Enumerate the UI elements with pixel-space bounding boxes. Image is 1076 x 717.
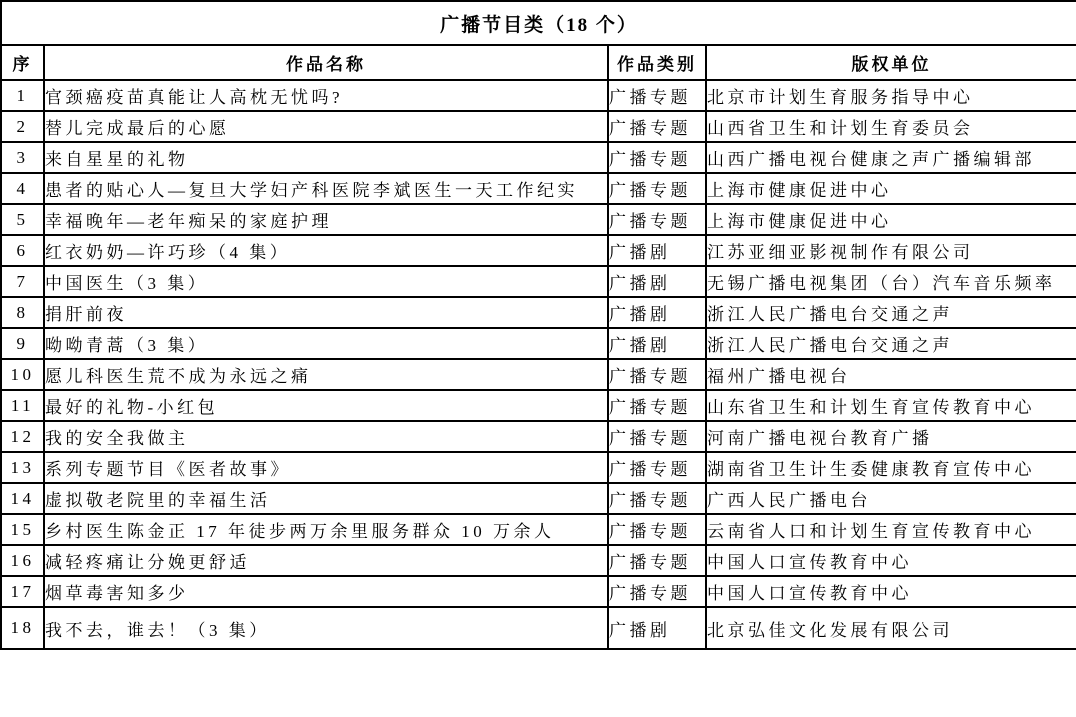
row-index: 10	[1, 359, 44, 390]
table-row: 11 最好的礼物-小红包 广播专题 山东省卫生和计划生育宣传教育中心	[1, 390, 1076, 421]
copyright-unit: 山东省卫生和计划生育宣传教育中心	[706, 390, 1076, 421]
copyright-unit: 中国人口宣传教育中心	[706, 545, 1076, 576]
table-row: 5 幸福晚年—老年痴呆的家庭护理 广播专题 上海市健康促进中心	[1, 204, 1076, 235]
table-title: 广播节目类（18 个）	[1, 1, 1076, 45]
copyright-unit: 湖南省卫生计生委健康教育宣传中心	[706, 452, 1076, 483]
table-row: 9 呦呦青蒿（3 集） 广播剧 浙江人民广播电台交通之声	[1, 328, 1076, 359]
work-name: 幸福晚年—老年痴呆的家庭护理	[44, 204, 608, 235]
table-body: 1 官颈癌疫苗真能让人高枕无忧吗? 广播专题 北京市计划生育服务指导中心 2 替…	[1, 80, 1076, 649]
work-name: 烟草毒害知多少	[44, 576, 608, 607]
table-title-row: 广播节目类（18 个）	[1, 1, 1076, 45]
work-category: 广播专题	[608, 142, 706, 173]
copyright-unit: 浙江人民广播电台交通之声	[706, 297, 1076, 328]
row-index: 11	[1, 390, 44, 421]
work-name: 红衣奶奶—许巧珍（4 集）	[44, 235, 608, 266]
table-row: 2 替儿完成最后的心愿 广播专题 山西省卫生和计划生育委员会	[1, 111, 1076, 142]
work-category: 广播剧	[608, 297, 706, 328]
copyright-unit: 云南省人口和计划生育宣传教育中心	[706, 514, 1076, 545]
work-name: 捐肝前夜	[44, 297, 608, 328]
copyright-unit: 上海市健康促进中心	[706, 173, 1076, 204]
row-index: 13	[1, 452, 44, 483]
row-index: 7	[1, 266, 44, 297]
row-index: 12	[1, 421, 44, 452]
table-row: 17 烟草毒害知多少 广播专题 中国人口宣传教育中心	[1, 576, 1076, 607]
column-header-unit: 版权单位	[706, 45, 1076, 80]
work-name: 虚拟敬老院里的幸福生活	[44, 483, 608, 514]
copyright-unit: 浙江人民广播电台交通之声	[706, 328, 1076, 359]
work-name: 官颈癌疫苗真能让人高枕无忧吗?	[44, 80, 608, 111]
column-header-name: 作品名称	[44, 45, 608, 80]
row-index: 3	[1, 142, 44, 173]
radio-program-table: 广播节目类（18 个） 序 作品名称 作品类别 版权单位 1 官颈癌疫苗真能让人…	[0, 0, 1076, 650]
row-index: 16	[1, 545, 44, 576]
work-category: 广播专题	[608, 80, 706, 111]
work-category: 广播专题	[608, 421, 706, 452]
work-name: 替儿完成最后的心愿	[44, 111, 608, 142]
copyright-unit: 中国人口宣传教育中心	[706, 576, 1076, 607]
table-row: 1 官颈癌疫苗真能让人高枕无忧吗? 广播专题 北京市计划生育服务指导中心	[1, 80, 1076, 111]
table-row: 14 虚拟敬老院里的幸福生活 广播专题 广西人民广播电台	[1, 483, 1076, 514]
work-name: 愿儿科医生荒不成为永远之痛	[44, 359, 608, 390]
row-index: 14	[1, 483, 44, 514]
row-index: 15	[1, 514, 44, 545]
table-row: 12 我的安全我做主 广播专题 河南广播电视台教育广播	[1, 421, 1076, 452]
copyright-unit: 无锡广播电视集团（台）汽车音乐频率	[706, 266, 1076, 297]
copyright-unit: 福州广播电视台	[706, 359, 1076, 390]
work-name: 我的安全我做主	[44, 421, 608, 452]
table-row: 7 中国医生（3 集） 广播剧 无锡广播电视集团（台）汽车音乐频率	[1, 266, 1076, 297]
table-row: 8 捐肝前夜 广播剧 浙江人民广播电台交通之声	[1, 297, 1076, 328]
work-category: 广播专题	[608, 545, 706, 576]
work-category: 广播专题	[608, 111, 706, 142]
work-name: 乡村医生陈金正 17 年徒步两万余里服务群众 10 万余人	[44, 514, 608, 545]
table-row: 16 减轻疼痛让分娩更舒适 广播专题 中国人口宣传教育中心	[1, 545, 1076, 576]
table-row: 15 乡村医生陈金正 17 年徒步两万余里服务群众 10 万余人 广播专题 云南…	[1, 514, 1076, 545]
row-index: 8	[1, 297, 44, 328]
row-index: 1	[1, 80, 44, 111]
copyright-unit: 广西人民广播电台	[706, 483, 1076, 514]
row-index: 6	[1, 235, 44, 266]
table-row: 6 红衣奶奶—许巧珍（4 集） 广播剧 江苏亚细亚影视制作有限公司	[1, 235, 1076, 266]
copyright-unit: 北京弘佳文化发展有限公司	[706, 607, 1076, 649]
copyright-unit: 北京市计划生育服务指导中心	[706, 80, 1076, 111]
table-row: 10 愿儿科医生荒不成为永远之痛 广播专题 福州广播电视台	[1, 359, 1076, 390]
work-name: 最好的礼物-小红包	[44, 390, 608, 421]
work-name: 患者的贴心人—复旦大学妇产科医院李斌医生一天工作纪实	[44, 173, 608, 204]
copyright-unit: 山西省卫生和计划生育委员会	[706, 111, 1076, 142]
row-index: 17	[1, 576, 44, 607]
work-name: 系列专题节目《医者故事》	[44, 452, 608, 483]
document-page: 广播节目类（18 个） 序 作品名称 作品类别 版权单位 1 官颈癌疫苗真能让人…	[0, 0, 1076, 717]
table-header-row: 序 作品名称 作品类别 版权单位	[1, 45, 1076, 80]
work-category: 广播剧	[608, 328, 706, 359]
row-index: 9	[1, 328, 44, 359]
column-header-index: 序	[1, 45, 44, 80]
row-index: 18	[1, 607, 44, 649]
work-name: 中国医生（3 集）	[44, 266, 608, 297]
work-category: 广播专题	[608, 390, 706, 421]
work-name: 呦呦青蒿（3 集）	[44, 328, 608, 359]
copyright-unit: 山西广播电视台健康之声广播编辑部	[706, 142, 1076, 173]
work-name: 减轻疼痛让分娩更舒适	[44, 545, 608, 576]
work-category: 广播专题	[608, 359, 706, 390]
work-name: 来自星星的礼物	[44, 142, 608, 173]
copyright-unit: 河南广播电视台教育广播	[706, 421, 1076, 452]
table-row: 13 系列专题节目《医者故事》 广播专题 湖南省卫生计生委健康教育宣传中心	[1, 452, 1076, 483]
row-index: 4	[1, 173, 44, 204]
work-category: 广播专题	[608, 173, 706, 204]
work-category: 广播剧	[608, 266, 706, 297]
work-category: 广播专题	[608, 452, 706, 483]
work-name: 我不去，谁去！（3 集）	[44, 607, 608, 649]
work-category: 广播专题	[608, 576, 706, 607]
table-row: 4 患者的贴心人—复旦大学妇产科医院李斌医生一天工作纪实 广播专题 上海市健康促…	[1, 173, 1076, 204]
work-category: 广播专题	[608, 204, 706, 235]
work-category: 广播剧	[608, 235, 706, 266]
row-index: 2	[1, 111, 44, 142]
work-category: 广播专题	[608, 514, 706, 545]
copyright-unit: 上海市健康促进中心	[706, 204, 1076, 235]
work-category: 广播剧	[608, 607, 706, 649]
row-index: 5	[1, 204, 44, 235]
column-header-category: 作品类别	[608, 45, 706, 80]
copyright-unit: 江苏亚细亚影视制作有限公司	[706, 235, 1076, 266]
table-row: 3 来自星星的礼物 广播专题 山西广播电视台健康之声广播编辑部	[1, 142, 1076, 173]
table-row: 18 我不去，谁去！（3 集） 广播剧 北京弘佳文化发展有限公司	[1, 607, 1076, 649]
work-category: 广播专题	[608, 483, 706, 514]
